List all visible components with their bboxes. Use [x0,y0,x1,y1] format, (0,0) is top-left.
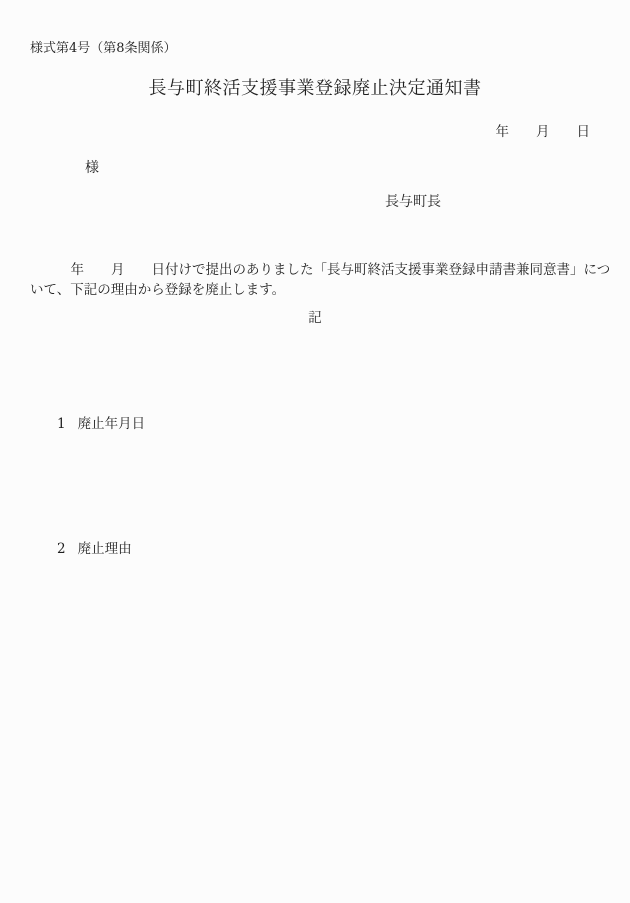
record-heading: 記 [0,310,630,327]
body-paragraph: 年 月 日付けで提出のありました「長与町終活支援事業登録申請書兼同意書」について… [30,260,618,300]
item-1-number: 1 [57,416,66,433]
issue-date-line: 年 月 日 [496,124,591,140]
form-number: 様式第4号（第8条関係） [30,41,177,56]
list-item-abolition-reason: 2廃止理由 [57,541,132,558]
sender-title: 長与町長 [385,194,441,211]
item-1-label: 廃止年月日 [78,416,146,432]
addressee-honorific: 様 [85,160,99,177]
item-2-label: 廃止理由 [78,541,132,557]
item-2-number: 2 [57,541,66,558]
document-title: 長与町終活支援事業登録廃止決定通知書 [0,78,630,100]
list-item-abolition-date: 1廃止年月日 [57,416,145,433]
notice-document-page: 様式第4号（第8条関係） 長与町終活支援事業登録廃止決定通知書 年 月 日 様 … [0,0,630,903]
